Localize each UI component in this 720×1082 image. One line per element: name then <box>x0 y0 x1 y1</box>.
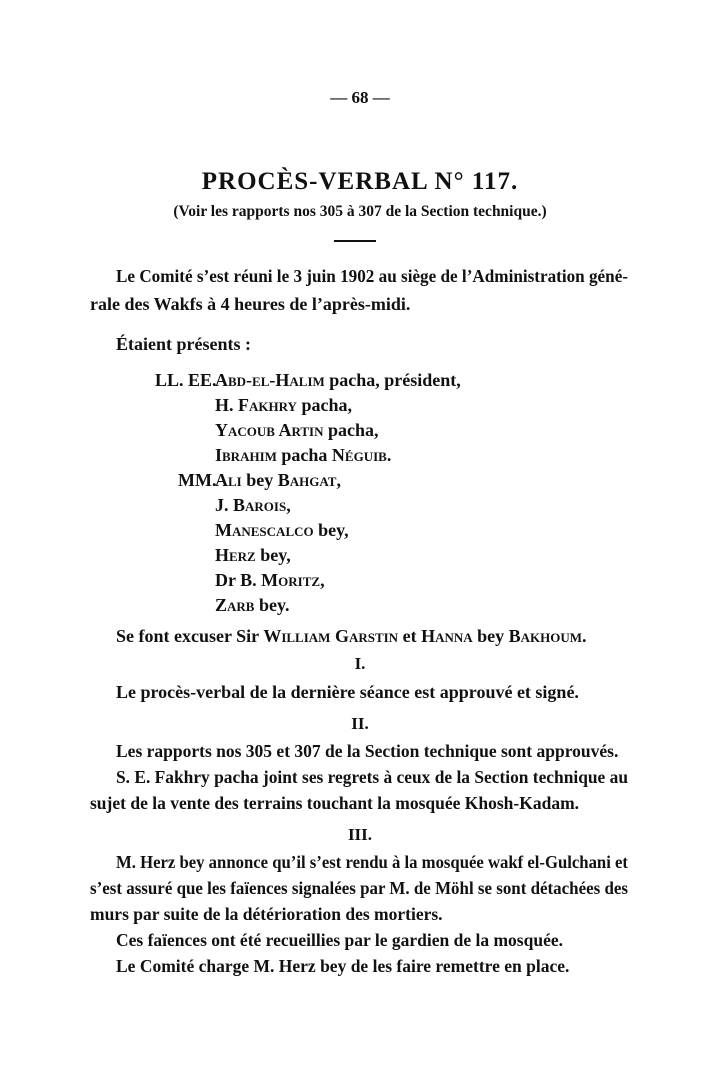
attendee-prefix: J. <box>215 495 233 515</box>
excused-text: . <box>582 626 587 646</box>
section-1-line: Le procès-verbal de la dernière séance e… <box>116 682 579 703</box>
excused-name: Bakhoum <box>509 626 582 646</box>
section-3-line: murs par suite de la détérioration des m… <box>90 904 443 925</box>
excused-name: Hanna <box>421 626 473 646</box>
page-number: — 68 — <box>0 88 720 108</box>
section-numeral-1: I. <box>0 654 720 674</box>
opening-line-2: rale des Wakfs à 4 heures de l’après-mid… <box>90 294 410 315</box>
attendee-row: Yacoub Artin pacha, <box>215 420 379 441</box>
excused-name: William Garstin <box>263 626 398 646</box>
attendee-suffix: bey, <box>314 520 349 540</box>
opening-line-1: Le Comité s’est réuni le 3 juin 1902 au … <box>116 266 628 287</box>
section-2-line: sujet de la vente des terrains touchant … <box>90 793 579 814</box>
attendee-prefix: H. <box>215 395 238 415</box>
attendee-group-label-messieurs: MM. <box>178 470 216 491</box>
excused-line: Se font excuser Sir William Garstin et H… <box>116 626 587 647</box>
attendee-row: J. Barois, <box>215 495 291 516</box>
attendee-suffix-2: . <box>387 445 392 465</box>
attendee-suffix: pacha, <box>297 395 352 415</box>
attendee-row: Abd-el-Halim pacha, président, <box>215 370 461 391</box>
title-divider <box>334 240 376 242</box>
attendee-row: Ali bey Bahgat, <box>215 470 341 491</box>
attendee-suffix: pacha <box>277 445 332 465</box>
attendee-name: Ibrahim <box>215 445 277 465</box>
section-2-line: S. E. Fakhry pacha joint ses regrets à c… <box>116 767 628 788</box>
attendee-name: Moritz <box>261 570 320 590</box>
excused-text: et <box>398 626 421 646</box>
present-heading: Étaient présents : <box>116 334 251 355</box>
attendee-suffix: pacha, président, <box>325 370 461 390</box>
subtitle-reference: (Voir les rapports nos 305 à 307 de la S… <box>0 203 720 221</box>
attendee-suffix: bey. <box>254 595 289 615</box>
section-3-line: s’est assuré que les faïences signalées … <box>90 878 628 899</box>
attendee-name: Fakhry <box>238 395 297 415</box>
attendee-row: H. Fakhry pacha, <box>215 395 352 416</box>
attendee-name-2: Bahgat <box>278 470 337 490</box>
attendee-name: Ali <box>215 470 242 490</box>
excused-text: Se font excuser Sir <box>116 626 263 646</box>
page-title: PROCÈS-VERBAL N° 117. <box>0 168 720 196</box>
attendee-suffix: , <box>320 570 325 590</box>
attendee-suffix: bey, <box>256 545 291 565</box>
attendee-row: Zarb bey. <box>215 595 289 616</box>
attendee-name: Manescalco <box>215 520 314 540</box>
attendee-row: Herz bey, <box>215 545 291 566</box>
attendee-suffix: bey <box>242 470 278 490</box>
attendee-suffix: pacha, <box>324 420 379 440</box>
attendee-name: Yacoub Artin <box>215 420 324 440</box>
attendee-name: Herz <box>215 545 256 565</box>
attendee-row: Manescalco bey, <box>215 520 349 541</box>
attendee-row: Ibrahim pacha Néguib. <box>215 445 391 466</box>
excused-text: bey <box>473 626 509 646</box>
attendee-suffix-2: , <box>336 470 341 490</box>
section-3-line: Le Comité charge M. Herz bey de les fair… <box>116 956 569 977</box>
attendee-group-label-excellencies: LL. EE. <box>155 370 217 391</box>
attendee-name-2: Néguib <box>332 445 387 465</box>
attendee-name: Abd-el-Halim <box>215 370 325 390</box>
section-3-line: Ces faïences ont été recueillies par le … <box>116 930 563 951</box>
attendee-suffix: , <box>286 495 291 515</box>
attendee-name: Zarb <box>215 595 254 615</box>
section-numeral-3: III. <box>0 825 720 845</box>
section-3-line: M. Herz bey annonce qu’il s’est rendu à … <box>116 852 628 873</box>
attendee-name: Barois <box>233 495 286 515</box>
section-2-line: Les rapports nos 305 et 307 de la Sectio… <box>116 741 618 762</box>
attendee-row: Dr B. Moritz, <box>215 570 325 591</box>
attendee-prefix: Dr B. <box>215 570 261 590</box>
section-numeral-2: II. <box>0 714 720 734</box>
